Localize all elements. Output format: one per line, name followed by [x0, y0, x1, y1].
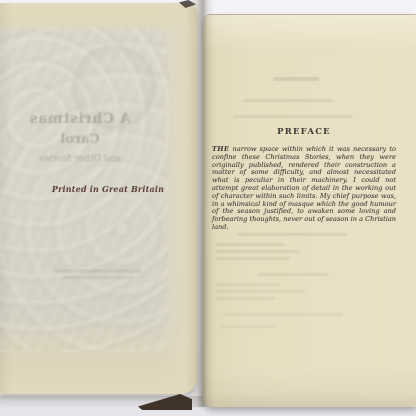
bleed-title-line: and Other Stories: [0, 150, 160, 168]
contents-bleedthrough-bar: [223, 313, 343, 316]
contents-bleedthrough-bar: [215, 243, 285, 246]
preface-paragraph: THE narrow space within which it was nec…: [212, 146, 396, 232]
contents-bleedthrough-bar: [243, 99, 333, 102]
book-gutter: [186, 0, 214, 407]
preface-lead-word: THE: [212, 145, 229, 153]
publisher-bleedthrough: [42, 265, 154, 290]
contents-bleedthrough-bar: [215, 250, 300, 253]
printed-in-great-britain-note: Printed in Great Britain: [20, 184, 196, 194]
contents-bleedthrough-bar: [258, 273, 328, 276]
bleed-title-line: Carol: [0, 129, 160, 150]
contents-bleedthrough-bar: [221, 325, 276, 328]
right-page: PREFACE THE narrow space within which it…: [203, 14, 416, 407]
contents-bleedthrough-bar: [215, 257, 290, 260]
left-page: A Christmas Carol and Other Stories Prin…: [0, 3, 197, 394]
bleedthrough-text-bar: [54, 269, 142, 273]
preface-heading: PREFACE: [211, 127, 397, 137]
contents-bleedthrough-bar: [233, 115, 353, 118]
bleedthrough-text-bar: [63, 276, 133, 279]
contents-bleedthrough-bar: [215, 297, 275, 300]
contents-bleedthrough-bar: [237, 233, 347, 236]
contents-bleedthrough-bar: [215, 283, 280, 286]
contents-bleedthrough-bar: [215, 290, 305, 293]
bleed-title-line: A Christmas: [0, 109, 160, 129]
preface-body-text: narrow space within which it was necessa…: [212, 145, 396, 231]
open-book-photo: A Christmas Carol and Other Stories Prin…: [0, 0, 416, 416]
contents-bleedthrough-bar: [273, 77, 319, 81]
title-bleedthrough: A Christmas Carol and Other Stories: [0, 109, 160, 168]
